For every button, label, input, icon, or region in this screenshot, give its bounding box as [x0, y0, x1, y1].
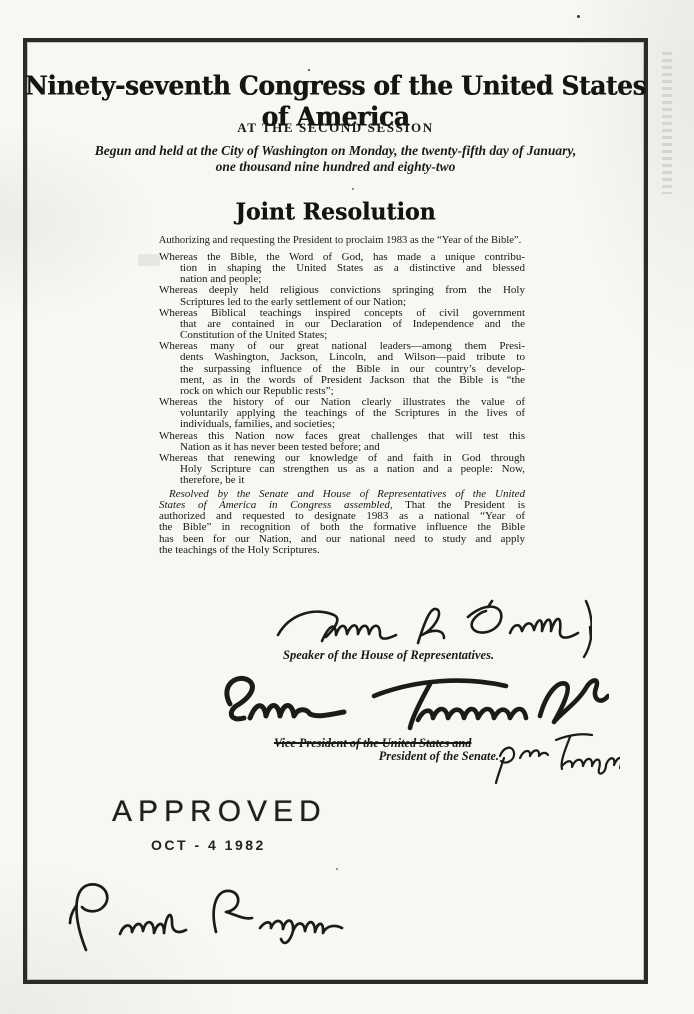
senate-president-title: President of the Senate.: [274, 749, 499, 764]
scan-edge-artifact: [662, 52, 672, 194]
whereas-line: individuals, families, and societies;: [159, 419, 525, 430]
approved-stamp: APPROVED: [112, 795, 327, 829]
speaker-title: Speaker of the House of Representatives.: [283, 648, 494, 663]
convening-line-1: Begun and held at the City of Washington…: [23, 143, 648, 159]
convening-line-2: one thousand nine hundred and eighty-two: [23, 159, 648, 175]
scan-speck: [336, 868, 338, 870]
scan-smudge: [138, 254, 160, 266]
whereas-line: Whereas deeply held religious conviction…: [159, 285, 525, 296]
session-line: AT THE SECOND SESSION: [23, 120, 648, 136]
pro-tempore-handwritten-note: [494, 728, 620, 784]
resolution-caption: Authorizing and requesting the President…: [140, 235, 540, 246]
scan-speck: [352, 188, 354, 190]
resolution-title: Joint Resolution: [23, 198, 648, 225]
whereas-clauses: Whereas the Bible, the Word of God, has …: [159, 252, 525, 486]
whereas-line: dents Washington, Jackson, Lincoln, and …: [159, 352, 525, 363]
resolved-roman: the teachings of the Holy Scriptures.: [159, 544, 320, 556]
resolved-clause: Resolved by the Senate and House of Repr…: [159, 489, 525, 556]
approval-date-stamp: OCT - 4 1982: [151, 837, 266, 853]
convening-statement: Begun and held at the City of Washington…: [23, 143, 648, 175]
whereas-line: therefore, be it: [159, 475, 525, 486]
president-signature-ronald-reagan: [58, 876, 358, 958]
scanned-document-page: Ninety-seventh Congress of the United St…: [0, 0, 694, 1014]
whereas-line: Whereas this Nation now faces great chal…: [159, 431, 525, 442]
scan-speck: [577, 15, 580, 18]
resolved-line: the teachings of the Holy Scriptures.: [159, 545, 525, 556]
